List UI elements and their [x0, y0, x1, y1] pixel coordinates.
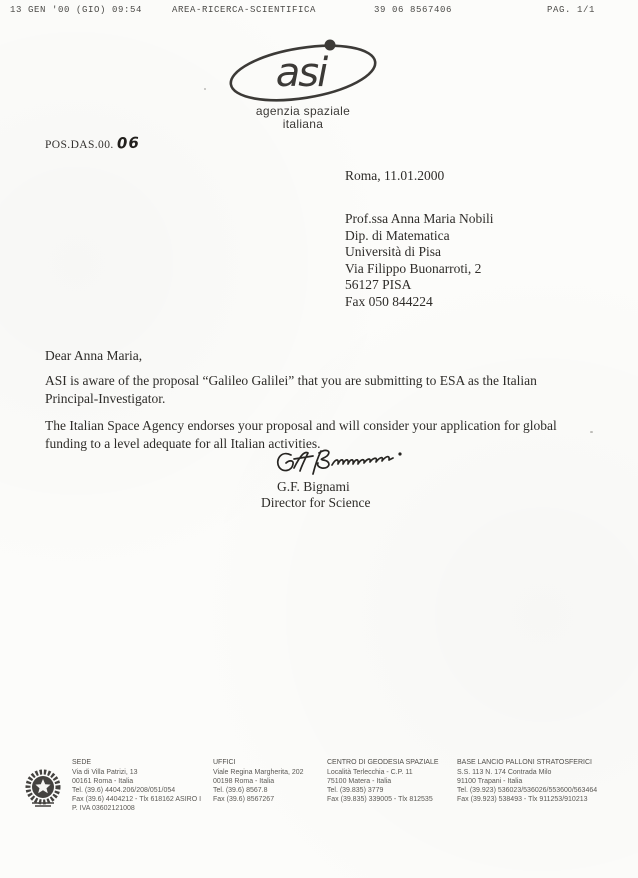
scanned-fax-letter: 13 GEN '00 (GIO) 09:54 AREA-RICERCA-SCIE… — [0, 0, 638, 878]
asi-logo-name-line2: italiana — [222, 118, 384, 131]
footer-line: Località Terlecchia - C.P. 11 — [327, 768, 452, 777]
asi-orbit-logo-icon: asi — [222, 33, 384, 105]
footer-line: P. IVA 03602121008 — [72, 804, 207, 813]
footer-line: 91100 Trapani - Italia — [457, 777, 627, 786]
footer-line: Fax (39.6) 4404212 - Tlx 618162 ASIRO I — [72, 795, 207, 804]
footer-column-title: SEDE — [72, 758, 207, 767]
recipient-line: Via Filippo Buonarroti, 2 — [345, 261, 493, 278]
signer-title: Director for Science — [261, 495, 370, 511]
footer-line: Via di Villa Patrizi, 13 — [72, 768, 207, 777]
footer-line: Viale Regina Margherita, 202 — [213, 768, 323, 777]
salutation: Dear Anna Maria, — [45, 348, 142, 364]
recipient-line: Fax 050 844224 — [345, 294, 493, 311]
scan-speckle — [204, 88, 206, 90]
footer-column-title: BASE LANCIO PALLONI STRATOSFERICI — [457, 758, 627, 767]
footer-line: Fax (39.835) 339005 - Tlx 812535 — [327, 795, 452, 804]
footer-line: Tel. (39.835) 3779 — [327, 786, 452, 795]
footer-column-base-lancio: BASE LANCIO PALLONI STRATOSFERICI S.S. 1… — [457, 758, 627, 804]
footer-line: Tel. (39.6) 8567.8 — [213, 786, 323, 795]
footer-column-title: CENTRO DI GEODESIA SPAZIALE — [327, 758, 452, 767]
body-paragraph-1: ASI is aware of the proposal “Galileo Ga… — [45, 372, 593, 407]
footer-line: Tel. (39.923) 536023/536026/553600/56346… — [457, 786, 627, 795]
fax-datetime: 13 GEN '00 (GIO) 09:54 — [10, 5, 142, 15]
recipient-line: Prof.ssa Anna Maria Nobili — [345, 211, 493, 228]
reference-code: POS.DAS.00. — [45, 139, 114, 151]
scan-speckle — [590, 431, 593, 433]
fax-sender: AREA-RICERCA-SCIENTIFICA — [172, 5, 316, 15]
footer-column-centro-geodesia: CENTRO DI GEODESIA SPAZIALE Località Ter… — [327, 758, 452, 804]
footer-column-uffici: UFFICI Viale Regina Margherita, 202 0019… — [213, 758, 323, 804]
footer-line: 00161 Roma - Italia — [72, 777, 207, 786]
asi-logo: asi agenzia spaziale italiana — [222, 33, 384, 131]
footer-line: 00198 Roma - Italia — [213, 777, 323, 786]
dateline: Roma, 11.01.2000 — [345, 168, 444, 184]
footer-line: S.S. 113 N. 174 Contrada Milo — [457, 768, 627, 777]
footer-column-title: UFFICI — [213, 758, 323, 767]
recipient-line: 56127 PISA — [345, 277, 493, 294]
italy-emblem-icon — [20, 765, 66, 813]
footer-line: 75100 Matera - Italia — [327, 777, 452, 786]
footer-line: Fax (39.6) 8567267 — [213, 795, 323, 804]
footer-line: Tel. (39.6) 4404.206/208/051/054 — [72, 786, 207, 795]
fax-phone-number: 39 06 8567406 — [374, 5, 452, 15]
svg-text:asi: asi — [276, 50, 328, 96]
reference-handwritten-number: 06 — [116, 134, 139, 153]
reference-line: POS.DAS.00.06 — [45, 134, 140, 152]
handwritten-signature-icon — [272, 446, 422, 482]
fax-page-count: PAG. 1/1 — [547, 5, 595, 15]
footer-line: Fax (39.923) 538493 - Tlx 911253/910213 — [457, 795, 627, 804]
signer-name: G.F. Bignami — [277, 479, 350, 495]
footer-column-sede: SEDE Via di Villa Patrizi, 13 00161 Roma… — [72, 758, 207, 813]
recipient-address-block: Prof.ssa Anna Maria Nobili Dip. di Matem… — [345, 211, 493, 310]
recipient-line: Università di Pisa — [345, 244, 493, 261]
recipient-line: Dip. di Matematica — [345, 228, 493, 245]
